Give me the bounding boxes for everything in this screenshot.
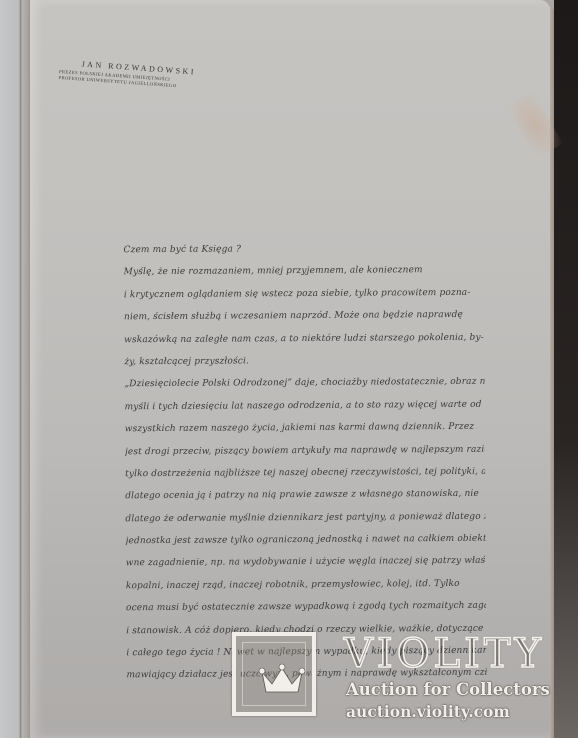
handwritten-line: wszystkich razem naszego życia, jakiemi … [125,416,485,441]
handwritten-line: tylko dostrzeżenia najbliższe tej naszej… [125,461,485,486]
watermark-tagline: Auction for Collectors [346,680,550,699]
book-gutter [19,0,22,738]
handwritten-line: niem, ścisłem służbą i wczesaniem naprzó… [124,304,484,329]
handwritten-line: myśli i tych dziesięciu lat naszego odro… [125,393,485,418]
crown-icon [258,662,306,696]
handwritten-line: dlatego ocenia ją i patrzy na nią prawie… [125,483,485,508]
handwritten-line: jednostka jest zawsze tylko ograniczoną … [125,528,485,553]
handwritten-line: kopalni, inaczej rząd, inaczej robotnik,… [126,573,486,598]
handwritten-line: Czem ma być ta Księga ? [123,237,483,262]
watermark-url: auction.violity.com [346,702,510,721]
handwritten-line: dlatego że oderwanie myślnie dziennikarz… [125,505,485,530]
watermark-logo-box [232,632,316,716]
handwritten-text: Czem ma być ta Księga ?Myślę, że nie roz… [123,237,486,687]
handwritten-line: ocena musi być ostatecznie zawsze wypadk… [126,595,486,620]
handwritten-line: ży, kształcącej przyszłości. [124,349,484,374]
handwritten-line: Myślę, że nie rozmazaniem, mniej przyjem… [124,259,484,284]
watermark-brand: VIOLITY [344,632,545,676]
handwritten-line: wne zagadnienie, np. na wydobywanie i uż… [126,550,486,575]
watermark: VIOLITY Auction for Collectors auction.v… [232,632,572,726]
background [554,0,578,738]
handwritten-line: jest drogi przeciw, piszący bowiem artyk… [125,438,485,463]
handwritten-line: „Dziesięciolecie Polski Odrodzonej” daje… [124,371,484,396]
handwritten-line: i krytycznem oglądaniem się wstecz poza … [124,282,484,307]
handwritten-line: wskazówką na zaległe nam czas, a to niek… [124,326,484,351]
